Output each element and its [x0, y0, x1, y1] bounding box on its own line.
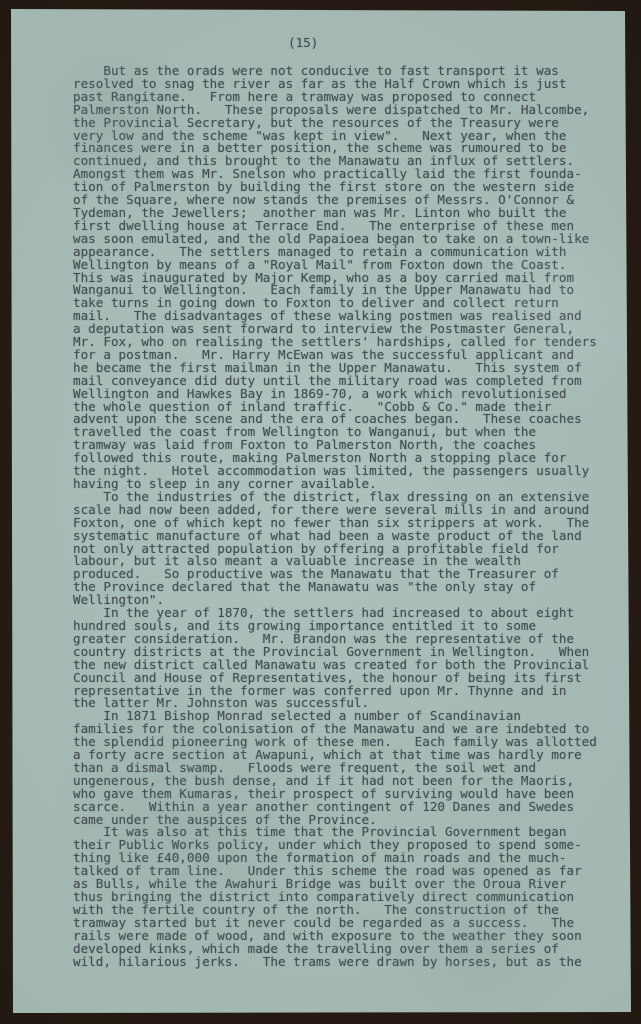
page-text: But as the orads were not conducive to f… — [73, 65, 597, 968]
paper-page: (15) But as the orads were not conducive… — [0, 0, 641, 1024]
scanned-document: (15) But as the orads were not conducive… — [0, 0, 641, 1024]
page-number: (15) — [288, 36, 318, 49]
